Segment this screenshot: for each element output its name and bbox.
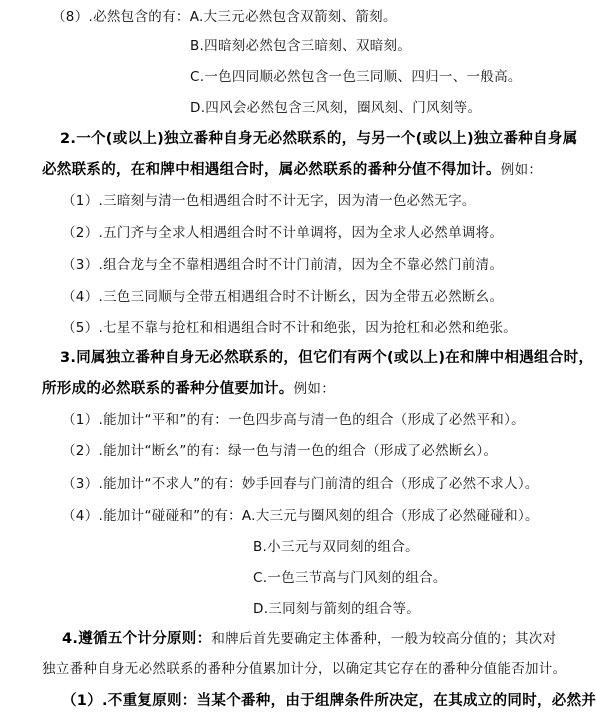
rule3-item-4: （4）.能加计“碰碰和”的有：A.大三元与圈风刻的组合（形成了必然碰碰和）。 xyxy=(62,507,539,525)
rule2-heading-line2: 必然联系的，在和牌中相遇组合时，属必然联系的番种分值不得加计。 xyxy=(42,162,501,178)
rule2-heading-line2-row: 必然联系的，在和牌中相遇组合时，属必然联系的番种分值不得加计。例如： xyxy=(42,161,542,179)
rule2-item-1: （1）.三暗刻与清一色相遇组合时不计无字，因为清一色必然无字。 xyxy=(62,192,476,210)
item8-label: （8）.必然包含的有： xyxy=(52,9,190,25)
item8-option-a: A.大三元必然包含双箭刻、箭刻。 xyxy=(190,9,397,25)
rule3-subitem-d: D.三同刻与箭刻的组合等。 xyxy=(253,600,420,618)
item8-row-a: （8）.必然包含的有：A.大三元必然包含双箭刻、箭刻。 xyxy=(52,8,397,26)
rule3-subitem-c: C.一色三节高与门风刻的组合。 xyxy=(253,569,447,587)
rule2-item-4: （4）.三色三同顺与全带五相遇组合时不计断幺，因为全带五必然断幺。 xyxy=(62,288,503,306)
rule3-item-2: （2）.能加计“断幺”的有：绿一色与清一色的组合（形成了必然断幺）。 xyxy=(62,442,497,460)
rule2-item-5: （5）.七星不靠与抢杠和相遇组合时不计和绝张，因为抢杠和必然和绝张。 xyxy=(62,319,517,337)
item8-option-b: B.四暗刻必然包含三暗刻、双暗刻。 xyxy=(190,37,411,55)
rule3-example-label: 例如： xyxy=(294,381,335,397)
rule2-example-label: 例如： xyxy=(501,162,542,178)
rule4-text-line2: 独立番种自身无必然联系的番种分值累加计分，以确定其它存在的番种分值能否加计。 xyxy=(42,660,566,678)
item8-option-c: C.一色四同顺必然包含一色三同顺、四归一、一般高。 xyxy=(190,68,522,86)
rule4-text-line1: 和牌后首先要确定主体番种，一般为较高分值的；其次对 xyxy=(211,631,556,647)
rule2-heading-line1: 2.一个(或以上)独立番种自身无必然联系的，与另一个(或以上)独立番种自身属 xyxy=(60,130,578,148)
rule3-item-1: （1）.能加计“平和”的有：一色四步高与清一色的组合（形成了必然平和）。 xyxy=(62,411,525,429)
rule2-item-3: （3）.组合龙与全不靠相遇组合时不计门前清，因为全不靠必然门前清。 xyxy=(62,256,503,274)
rule3-heading-line2-row: 所形成的必然联系的番种分值要加计。例如： xyxy=(42,380,335,398)
rule3-heading-line2: 所形成的必然联系的番种分值要加计。 xyxy=(42,381,294,397)
rule3-heading-line1: 3.同属独立番种自身无必然联系的，但它们有两个(或以上)在和牌中相遇组合时， xyxy=(60,349,593,367)
rule2-item-2: （2）.五门齐与全求人相遇组合时不计单调将，因为全求人必然单调将。 xyxy=(62,224,503,242)
rule4-row-1: 4.遵循五个计分原则：和牌后首先要确定主体番种，一般为较高分值的；其次对 xyxy=(62,630,556,648)
rule3-item-3: （3）.能加计“不求人”的有：妙手回春与门前清的组合（形成了必然不求人）。 xyxy=(62,475,539,493)
rule3-subitem-b: B.小三元与双同刻的组合。 xyxy=(253,538,419,556)
item8-option-d: D.四风会必然包含三风刻，圈风刻、门风刻等。 xyxy=(190,99,481,117)
rule4-sub1: （1）.不重复原则：当某个番种，由于组牌条件所决定，在其成立的同时，必然并 xyxy=(62,692,596,710)
rule4-heading: 4.遵循五个计分原则： xyxy=(62,631,211,647)
